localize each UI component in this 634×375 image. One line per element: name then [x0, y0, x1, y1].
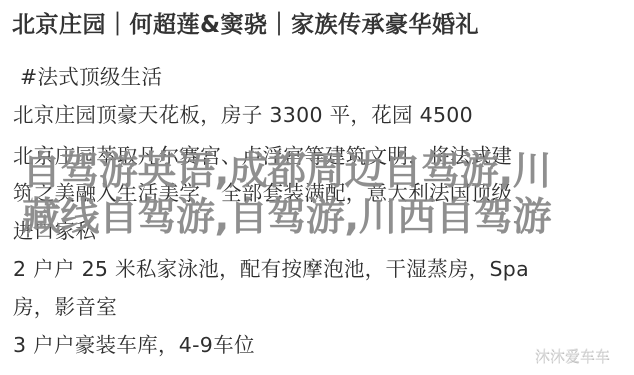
overlay-text-line-2: 藏线自驾游,自驾游,川西自驾游: [22, 198, 551, 237]
overlay-text-line-1: 自驾游英语,成都周边自驾游,川: [22, 152, 551, 191]
body-line: 北京庄园顶豪天花板，房子 3300 平，花园 4500: [13, 98, 473, 128]
post-title: 北京庄园｜何超莲&窦骁｜家族传承豪华婚礼: [12, 6, 479, 39]
hashtag[interactable]: #法式顶级生活: [20, 60, 162, 90]
body-line: 房，影音室: [13, 290, 117, 320]
watermark: 沐沐爱车车: [535, 345, 610, 366]
body-line: 2 户户 25 米私家泳池，配有按摩泡池，干湿蒸房，Spa: [13, 252, 529, 282]
body-line: 3 户户豪装车库，4-9车位: [13, 328, 255, 358]
